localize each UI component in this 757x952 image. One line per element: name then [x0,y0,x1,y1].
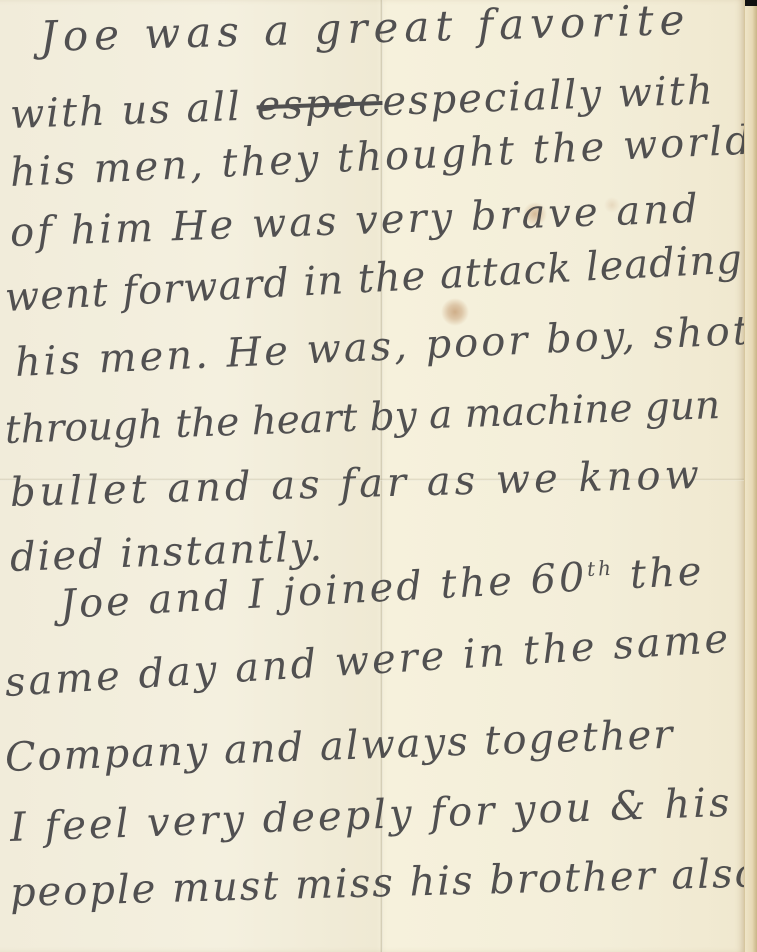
letter-line-13: I feel very deeply for you & his [9,780,733,851]
letter-line-14: people must miss his brother also [9,850,757,916]
letter-line-8: bullet and as far as we know [9,452,703,516]
letter-line-7: through the heart by a machine gun [4,383,721,453]
regiment-number: 60 [529,554,588,603]
line-10-end: the [629,548,706,598]
background-corner [745,0,757,6]
letter-line-12: Company and always together [4,712,675,781]
line-2-end: especially with [382,67,716,125]
line-2-start: with us all [9,84,242,138]
handwritten-text-body: Joe was a great favorite with us all esp… [0,0,745,952]
ordinal-suffix: th [586,556,614,581]
line-10-start: Joe and I [59,571,268,628]
letter-line-11: same day and were in the same [4,616,733,706]
struck-word: espec [256,79,383,129]
paper-right-edge [744,0,757,952]
letter-page: Joe was a great favorite with us all esp… [0,0,745,952]
letter-line-1: Joe was a great favorite [39,0,691,61]
letter-line-6: his men. He was, poor boy, shot [14,308,753,386]
